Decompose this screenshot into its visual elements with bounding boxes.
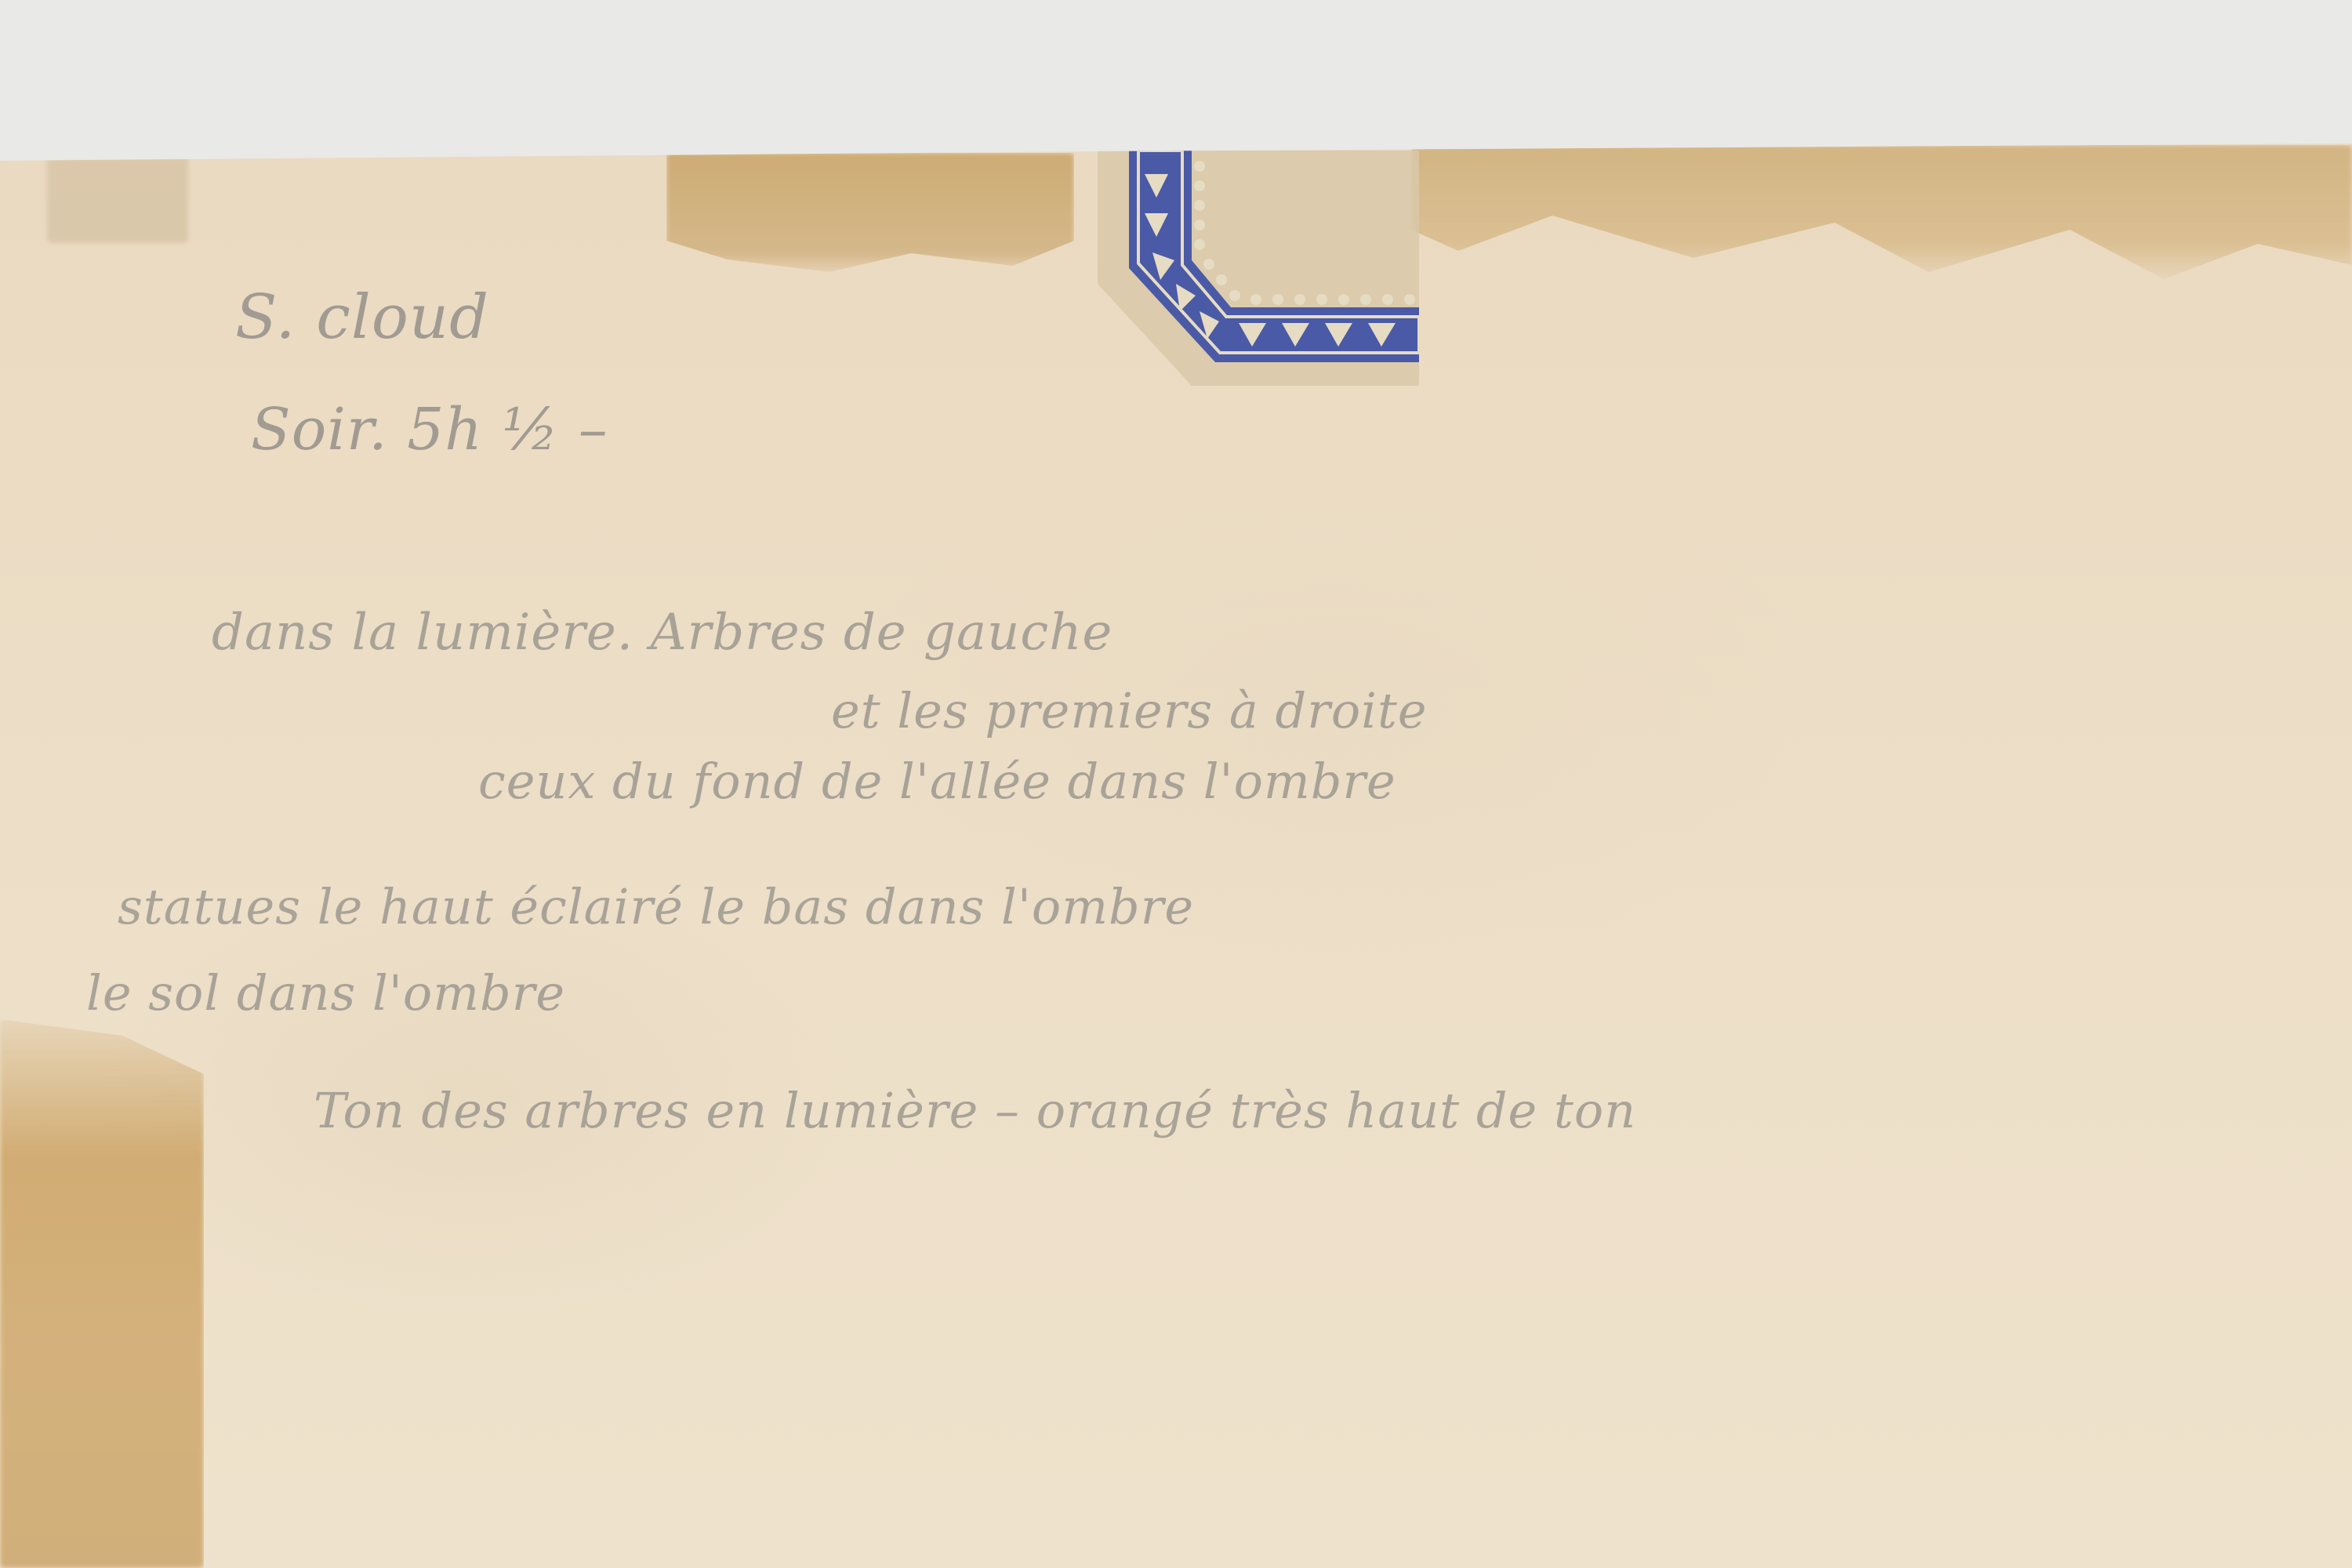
stain-left-edge: [0, 1019, 204, 1568]
annotation-line-8: Ton des arbres en lumière – orangé très …: [314, 1082, 1636, 1139]
annotation-line-7: le sol dans l'ombre: [86, 964, 565, 1022]
stain-top-right: [1411, 145, 2352, 286]
annotation-time: Soir. 5h ½ –: [251, 396, 608, 463]
annotation-place: S. cloud: [235, 282, 489, 353]
ornament-border-icon: [1082, 151, 1419, 386]
blue-border-label-fragment: [1082, 151, 1419, 386]
stain-top-left: [47, 157, 188, 243]
annotation-line-6: statues le haut éclairé le bas dans l'om…: [118, 878, 1194, 935]
paper-sheet: S. cloud Soir. 5h ½ – dans la lumière. A…: [0, 0, 2352, 1568]
stain-top-center: [666, 153, 1074, 278]
annotation-line-5: ceux du fond de l'allée dans l'ombre: [478, 753, 1396, 810]
annotation-line-4: et les premiers à droite: [831, 682, 1428, 739]
annotation-line-3: dans la lumière. Arbres de gauche: [212, 604, 1112, 662]
